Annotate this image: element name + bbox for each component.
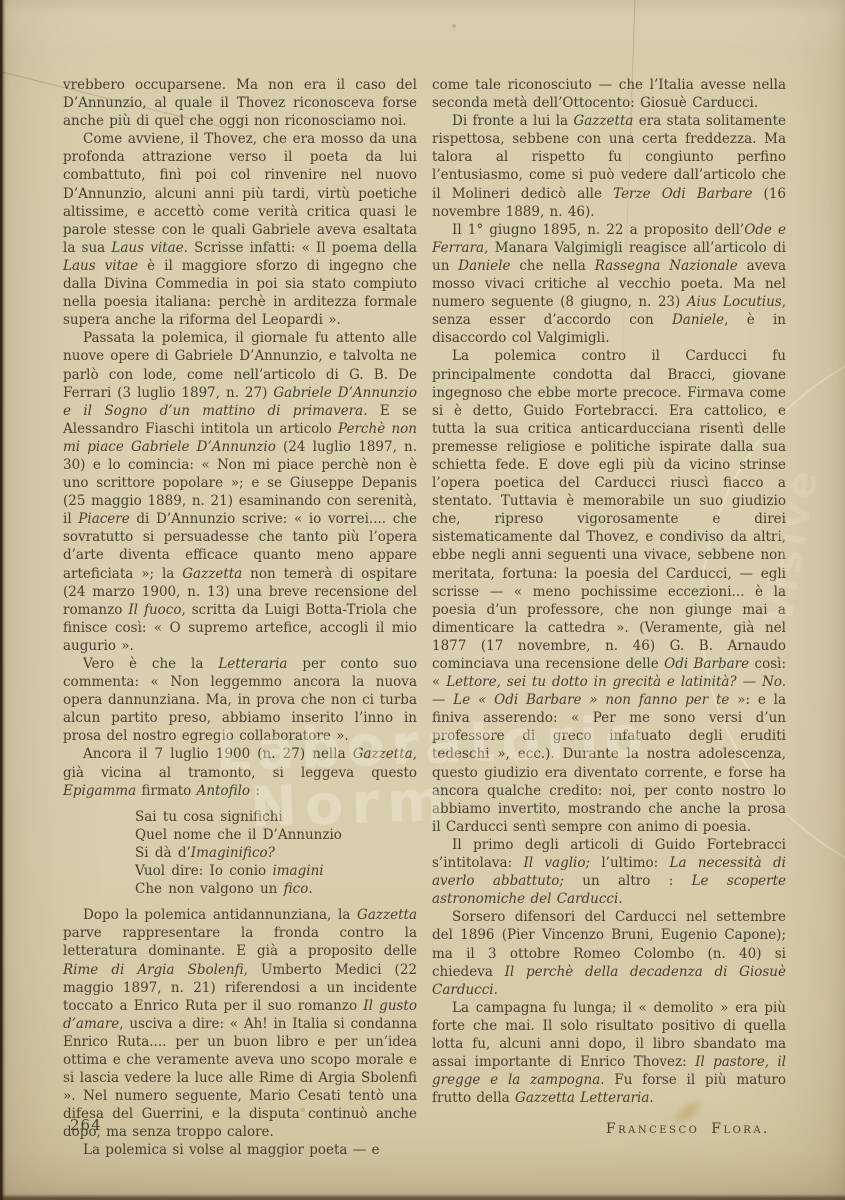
poem-line: Si dà d’Imaginifico? xyxy=(135,844,417,862)
right-column-paragraphs: come tale riconosciuto — che l’Italia av… xyxy=(432,76,786,1107)
paragraph: Ancora il 7 luglio 1900 (n. 27) nella Ga… xyxy=(63,745,417,799)
paragraph: Il 1° giugno 1895, n. 22 a proposito del… xyxy=(432,221,786,348)
paragraph: La campagna fu lunga; il « demolito » er… xyxy=(432,999,786,1108)
paragraph: La polemica contro il Carducci fu princi… xyxy=(432,347,786,836)
paragraph: La polemica si volse al maggior poeta — … xyxy=(63,1141,417,1159)
left-text-column: vrebbero occuparsene. Ma non era il caso… xyxy=(63,76,417,1160)
author-signature: Francesco Flora. xyxy=(432,1120,786,1138)
scan-bottom-edge xyxy=(0,1194,845,1200)
poem-line: Che non valgono un fico. xyxy=(135,880,417,898)
paragraph: Il primo degli articoli di Guido Fortebr… xyxy=(432,836,786,908)
page-number: 264 xyxy=(70,1116,102,1134)
paragraph: Di fronte a lui la Gazzetta era stata so… xyxy=(432,112,786,221)
paper-speck xyxy=(452,24,456,28)
paragraph: come tale riconosciuto — che l’Italia av… xyxy=(432,76,786,112)
paragraph: Dopo la polemica antidannunziana, la Gaz… xyxy=(63,906,417,1141)
poem-line: Sai tu cosa significhi xyxy=(135,808,417,826)
right-text-column: come tale riconosciuto — che l’Italia av… xyxy=(432,76,786,1138)
paragraph: Sorsero difensori del Carducci nel sette… xyxy=(432,908,786,998)
scanned-book-page: { "page": { "number": "264", "signature"… xyxy=(0,0,845,1200)
poem-line: Vuol dire: Io conio imagini xyxy=(135,862,417,880)
paragraph: Passata la polemica, il giornale fu atte… xyxy=(63,329,417,655)
scan-left-edge xyxy=(0,0,6,1200)
paragraph: Vero è che la Letteraria per conto suo c… xyxy=(63,655,417,745)
poem: Sai tu cosa significhiQuel nome che il D… xyxy=(135,808,417,898)
paragraph: vrebbero occuparsene. Ma non era il caso… xyxy=(63,76,417,130)
poem-line: Quel nome che il D’Annunzio xyxy=(135,826,417,844)
left-column-paragraphs: vrebbero occuparsene. Ma non era il caso… xyxy=(63,76,417,1160)
paragraph: Come avviene, il Thovez, che era mosso d… xyxy=(63,130,417,329)
paper-top-edge-highlight xyxy=(0,0,845,52)
